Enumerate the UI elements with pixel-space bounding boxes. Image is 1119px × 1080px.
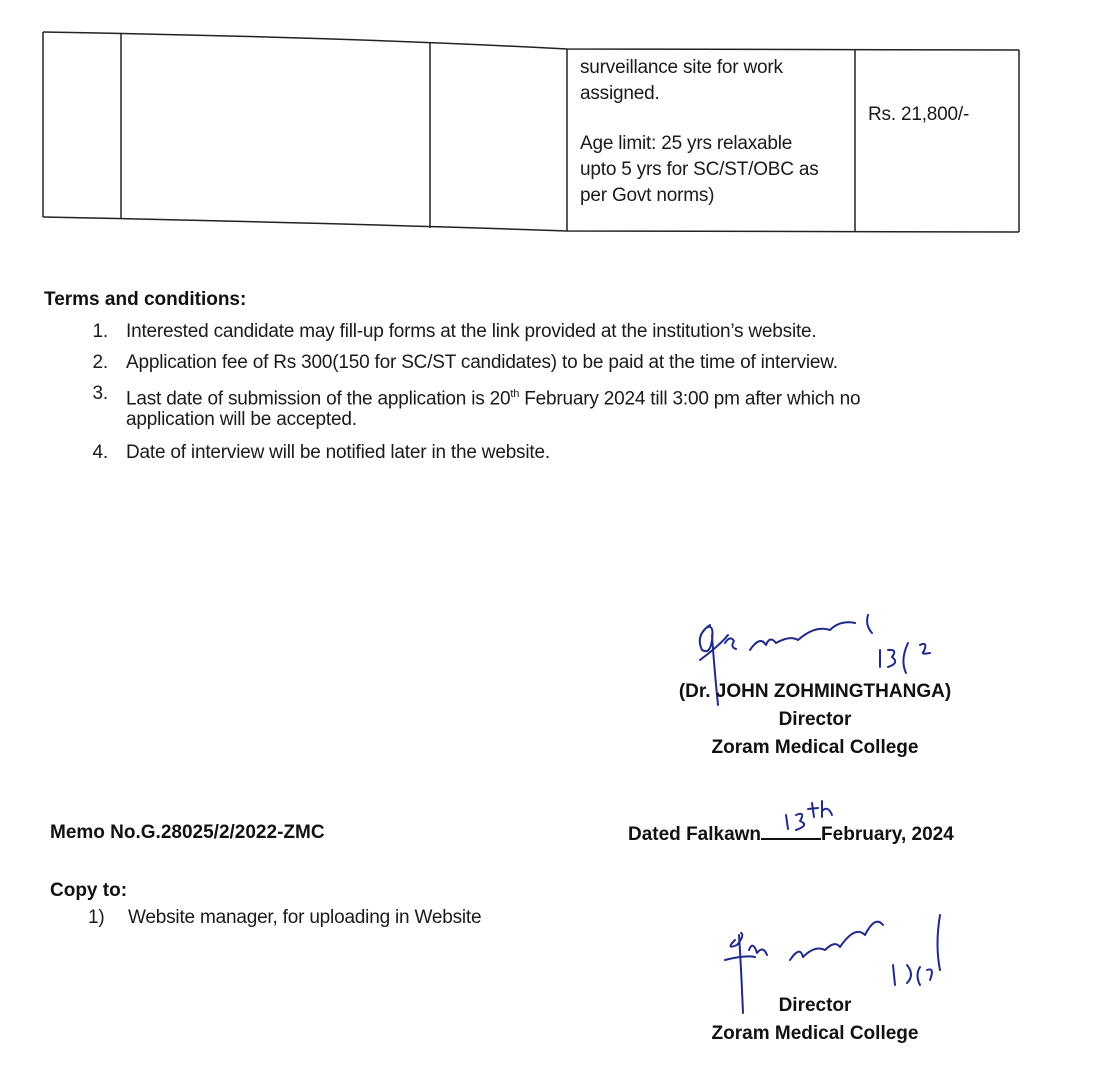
age-limit-line: upto 5 yrs for SC/ST/OBC as [580, 157, 819, 183]
memo-number: Memo No.G.28025/2/2022-ZMC [50, 820, 325, 846]
copy-to-number: 1) [88, 905, 105, 931]
term-text: Interested candidate may fill-up forms a… [126, 319, 817, 345]
term-number: 1. [86, 319, 108, 345]
vacancy-table [42, 31, 1018, 230]
term-text: Application fee of Rs 300(150 for SC/ST … [126, 350, 838, 376]
ordinal-suffix: th [510, 388, 519, 400]
term-text-part: February 2024 till 3:00 pm after which n… [519, 388, 860, 409]
duties-line: surveillance site for work [580, 55, 783, 81]
handwritten-day-icon [778, 795, 848, 835]
signatory-institution: Zoram Medical College [640, 734, 990, 762]
age-limit-line: Age limit: 25 yrs relaxable [580, 131, 819, 157]
signatory-2-institution: Zoram Medical College [640, 1020, 990, 1048]
dated-prefix: Dated Falkawn [628, 824, 761, 845]
signatory-designation: Director [640, 706, 990, 734]
terms-title: Terms and conditions: [44, 289, 246, 311]
age-limit-line: per Govt norms) [580, 183, 819, 209]
term-text-continued: application will be accepted. [126, 407, 357, 433]
age-limit-cell: Age limit: 25 yrs relaxable upto 5 yrs f… [580, 131, 819, 209]
term-number: 3. [86, 381, 108, 407]
term-number: 2. [86, 350, 108, 376]
duties-cell: surveillance site for work assigned. [580, 55, 783, 107]
copy-to-title: Copy to: [50, 878, 127, 904]
signatory-name: (Dr. JOHN ZOHMINGTHANGA) [640, 678, 990, 706]
salary-cell: Rs. 21,800/- [868, 102, 969, 128]
term-text: Date of interview will be notified later… [126, 440, 550, 466]
duties-line: assigned. [580, 81, 783, 107]
signatory-2-designation: Director [640, 992, 990, 1020]
term-number: 4. [86, 440, 108, 466]
table-grid [42, 31, 1022, 236]
copy-to-text: Website manager, for uploading in Websit… [128, 905, 481, 931]
